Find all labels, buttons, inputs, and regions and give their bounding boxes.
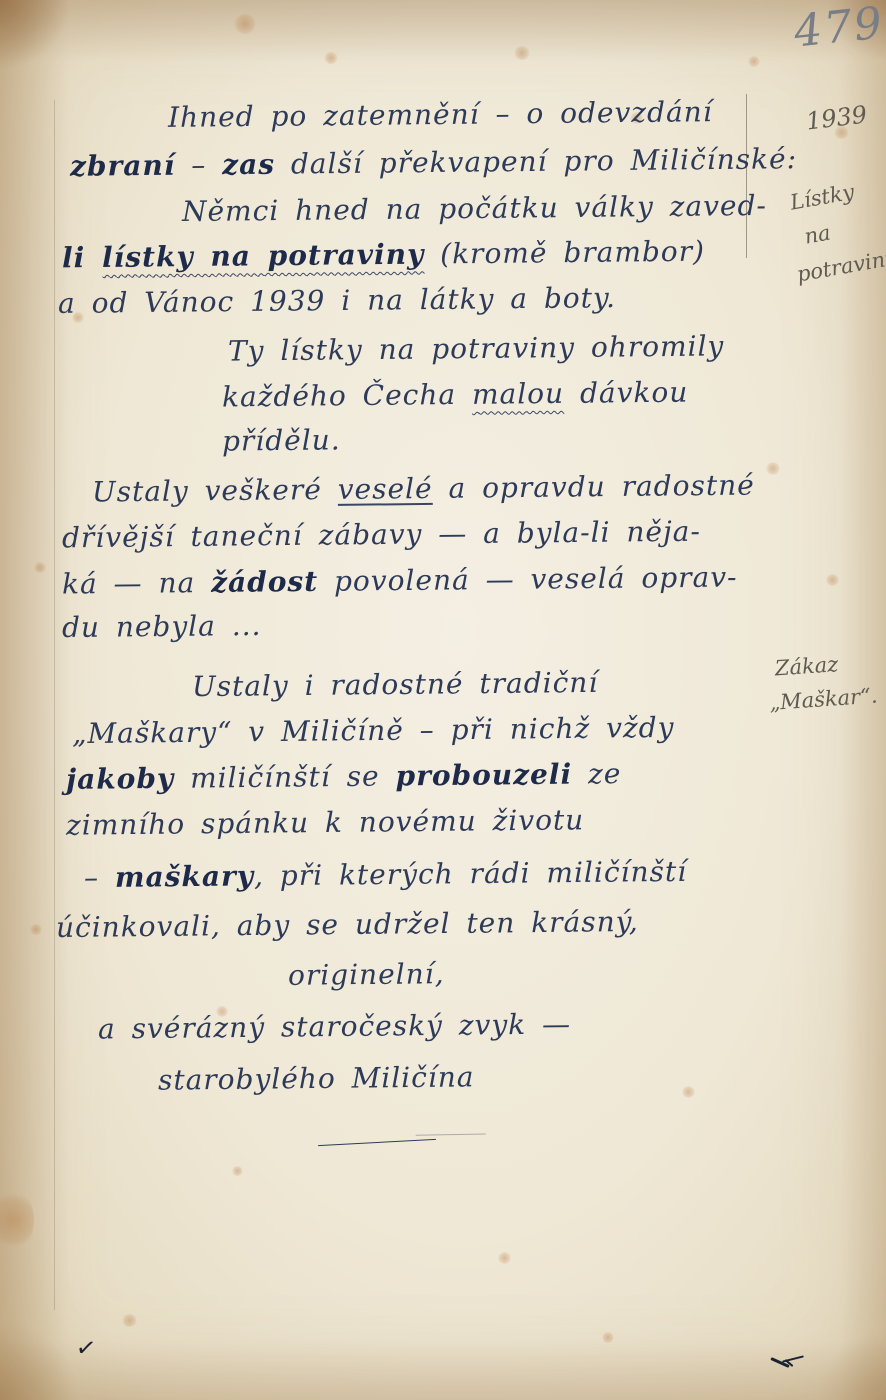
manuscript-text-segment: (kromě brambor)	[424, 235, 705, 271]
manuscript-text-segment: , při kterých rádi miličínští	[254, 855, 687, 893]
stain	[498, 1252, 511, 1264]
manuscript-text-segment: li	[62, 241, 102, 274]
manuscript-text-segment: Ustaly veškeré	[92, 473, 338, 509]
manuscript-line: zbraní – zas další překvapení pro Miličí…	[70, 142, 797, 183]
margin-note-line: „Maškar“.	[768, 678, 878, 719]
stain	[0, 1190, 34, 1250]
stain	[748, 56, 760, 67]
manuscript-text-segment: zas	[222, 148, 275, 182]
stain	[602, 1332, 614, 1343]
manuscript-line: li lístky na potraviny (kromě brambor)	[62, 235, 705, 275]
manuscript-line: originelní,	[288, 957, 445, 992]
stain	[766, 462, 780, 475]
manuscript-line: přídělu.	[222, 423, 341, 457]
manuscript-text-segment: zimního spánku k novému životu	[66, 803, 585, 841]
manuscript-text-segment: veselé	[338, 472, 433, 506]
manuscript-text-segment: miličínští se	[174, 759, 396, 794]
ink-mark	[770, 1352, 804, 1368]
manuscript-line: dřívější taneční zábavy — a byla-li něja…	[62, 515, 701, 555]
manuscript-line: Ty lístky na potraviny ohromily	[228, 329, 725, 367]
stain	[514, 46, 530, 60]
stain	[232, 1166, 243, 1176]
manuscript-text-segment: jakoby	[66, 762, 175, 796]
manuscript-line: starobylého Miličína	[158, 1060, 475, 1096]
manuscript-text-segment: a svérázný staročeský zvyk —	[98, 1008, 571, 1046]
manuscript-text-segment: „Maškary“ v Miličíně – při nichž vždy	[72, 711, 675, 750]
margin-note-food-tickets: Lístky na potraviny	[787, 169, 886, 292]
section-divider-dash	[318, 1139, 436, 1146]
stain	[324, 52, 338, 64]
manuscript-line: du nebyla ...	[62, 609, 262, 644]
manuscript-text-segment: a opravdu radostné	[432, 469, 754, 505]
manuscript-line: ká — na žádost povolená — veselá oprav-	[62, 560, 738, 600]
margin-note-mask-ban: Zákaz „Maškar“.	[774, 645, 879, 720]
manuscript-text-segment: –	[84, 861, 115, 894]
manuscript-line: Ustaly i radostné tradiční	[192, 666, 599, 703]
manuscript-text-segment: starobylého Miličína	[158, 1060, 475, 1096]
manuscript-line: Němci hned na počátku války zaved-	[182, 189, 767, 228]
manuscript-text-segment: lístky na potraviny	[102, 238, 425, 274]
manuscript-line: – maškary, při kterých rádi miličínští	[84, 855, 687, 894]
manuscript-text-segment: Ty lístky na potraviny ohromily	[228, 329, 725, 367]
manuscript-text-segment: ze	[572, 757, 622, 791]
manuscript-text-segment: a od Vánoc 1939 i na látky a boty.	[58, 281, 616, 320]
check-mark: ✓	[74, 1333, 98, 1364]
manuscript-text-segment: –	[175, 148, 222, 181]
manuscript-text-segment: Němci hned na počátku války zaved-	[182, 189, 767, 228]
manuscript-text-segment: účinkovali, aby se udržel ten krásný,	[56, 905, 639, 944]
paragraph-bracket-line	[746, 94, 747, 258]
manuscript-line: Ihned po zatemnění – o odevzdání	[168, 95, 713, 134]
manuscript-line: zimního spánku k novému životu	[66, 803, 585, 841]
manuscript-line: a svérázný staročeský zvyk —	[98, 1008, 571, 1046]
manuscript-text-segment: dávkou	[564, 376, 689, 410]
manuscript-line: a od Vánoc 1939 i na látky a boty.	[58, 281, 616, 320]
manuscript-text-segment: povolená — veselá oprav-	[318, 560, 738, 597]
manuscript-text-segment: originelní,	[288, 957, 445, 992]
manuscript-text-segment: Ustaly i radostné tradiční	[192, 666, 599, 703]
stain	[122, 1314, 137, 1327]
manuscript-text-segment: Ihned po zatemnění – o odevzdání	[168, 95, 713, 134]
stain	[234, 14, 256, 34]
manuscript-line: účinkovali, aby se udržel ten krásný,	[56, 905, 639, 944]
stain	[682, 1086, 695, 1098]
left-margin-line	[54, 100, 55, 1310]
stain	[826, 574, 839, 586]
manuscript-text-segment: žádost	[211, 565, 318, 599]
margin-note-year: 1939	[805, 100, 869, 135]
manuscript-text-segment: další překvapení pro Miličínské:	[275, 142, 797, 180]
manuscript-text-segment: probouzeli	[395, 758, 572, 793]
manuscript-text-segment: du nebyla ...	[62, 609, 262, 644]
page-number: 479	[792, 0, 886, 58]
manuscript-text-segment: zbraní	[70, 149, 176, 183]
manuscript-line: každého Čecha malou dávkou	[222, 376, 689, 414]
manuscript-text-segment: ká — na	[62, 566, 211, 601]
manuscript-line: „Maškary“ v Miličíně – při nichž vždy	[72, 711, 675, 750]
stain	[34, 562, 46, 573]
manuscript-text-segment: každého Čecha	[222, 378, 472, 414]
stain	[30, 924, 42, 935]
manuscript-page: 479 1939 Lístky na potraviny Zákaz „Mašk…	[0, 0, 886, 1400]
manuscript-text-segment: dřívější taneční zábavy — a byla-li něja…	[62, 515, 701, 555]
manuscript-text-segment: přídělu.	[222, 423, 341, 457]
manuscript-line: jakoby miličínští se probouzeli ze	[66, 757, 622, 796]
manuscript-text-segment: malou	[472, 377, 564, 411]
manuscript-text-segment: maškary	[115, 859, 254, 893]
manuscript-line: Ustaly veškeré veselé a opravdu radostné	[92, 469, 755, 509]
